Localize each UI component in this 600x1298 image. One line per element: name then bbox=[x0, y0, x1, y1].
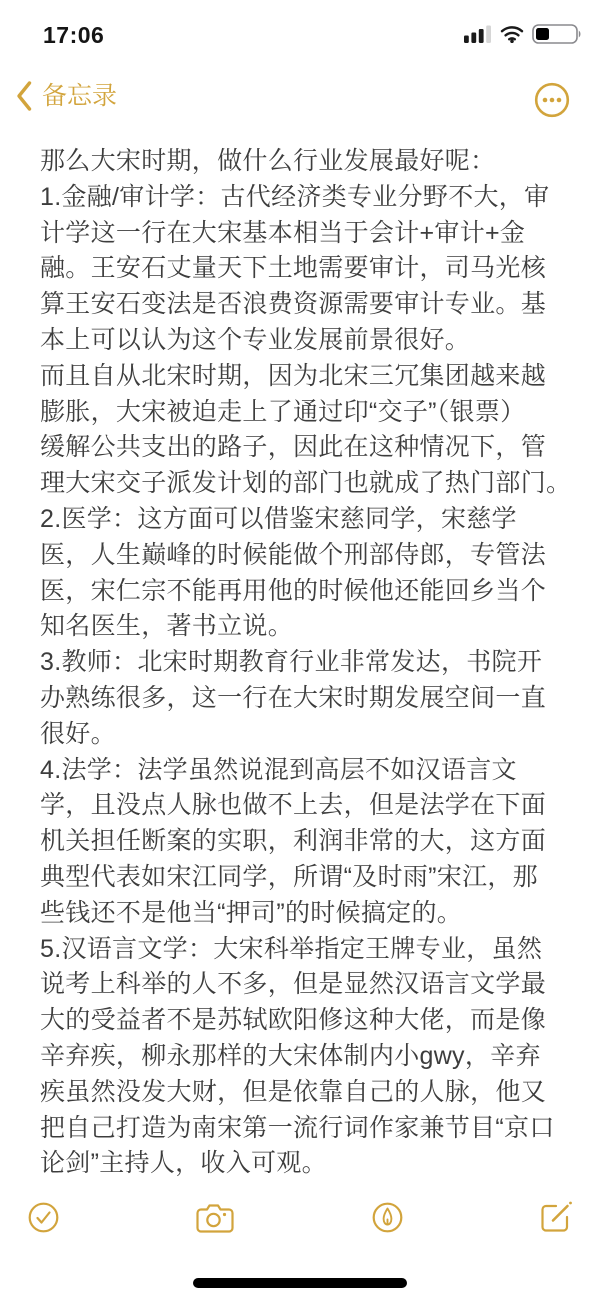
status-icons bbox=[464, 24, 582, 44]
note-line: 算王安石变法是否浪费资源需要审计专业。基 bbox=[40, 287, 588, 323]
back-button[interactable]: 备忘录 bbox=[15, 80, 117, 112]
wifi-icon bbox=[500, 26, 524, 43]
note-line: 融。王安石丈量天下土地需要审计，司马光核 bbox=[40, 251, 588, 287]
note-line: 办熟练很多，这一行在大宋时期发展空间一直 bbox=[40, 681, 588, 717]
battery-icon bbox=[532, 24, 582, 44]
note-line: 医，人生巅峰的时候能做个刑部侍郎，专管法 bbox=[40, 538, 588, 574]
camera-button[interactable] bbox=[196, 1202, 234, 1233]
bottom-toolbar bbox=[0, 1199, 600, 1235]
ellipsis-circle-icon bbox=[534, 82, 570, 118]
camera-icon bbox=[196, 1202, 234, 1233]
back-button-label: 备忘录 bbox=[42, 80, 117, 112]
note-line: 4.法学：法学虽然说混到高层不如汉语言文 bbox=[40, 753, 588, 789]
chevron-left-icon bbox=[15, 80, 33, 112]
note-line: 知名医生，著书立说。 bbox=[40, 609, 588, 645]
cellular-signal-icon bbox=[464, 25, 492, 43]
more-button[interactable] bbox=[534, 82, 570, 118]
note-line: 大的受益者不是苏轼欧阳修这种大佬，而是像 bbox=[40, 1003, 588, 1039]
note-line: 2.医学：这方面可以借鉴宋慈同学，宋慈学 bbox=[40, 502, 588, 538]
markup-button[interactable] bbox=[372, 1202, 403, 1233]
note-line: 学，且没点人脉也做不上去，但是法学在下面 bbox=[40, 788, 588, 824]
note-line: 而且自从北宋时期，因为北宋三冗集团越来越 bbox=[40, 359, 588, 395]
note-line: 本上可以认为这个专业发展前景很好。 bbox=[40, 323, 588, 359]
nav-bar: 备忘录 bbox=[0, 78, 600, 124]
note-line: 那么大宋时期，做什么行业发展最好呢： bbox=[40, 144, 588, 180]
checklist-button[interactable] bbox=[28, 1202, 59, 1233]
compose-icon bbox=[540, 1201, 572, 1233]
checkmark-circle-icon bbox=[28, 1202, 59, 1233]
note-line: 疾虽然没发大财，但是依靠自己的人脉，他又 bbox=[40, 1075, 588, 1111]
note-line: 些钱还不是他当“押司”的时候搞定的。 bbox=[40, 896, 588, 932]
note-line: 医，宋仁宗不能再用他的时候他还能回乡当个 bbox=[40, 574, 588, 610]
status-time: 17:06 bbox=[43, 22, 104, 49]
note-line: 3.教师：北宋时期教育行业非常发达，书院开 bbox=[40, 645, 588, 681]
note-line: 1.金融/审计学：古代经济类专业分野不大，审 bbox=[40, 180, 588, 216]
note-line: 机关担任断案的实职，利润非常的大，这方面 bbox=[40, 824, 588, 860]
markup-pen-icon bbox=[372, 1202, 403, 1233]
note-line: 很好。 bbox=[40, 717, 588, 753]
note-line: 缓解公共支出的路子，因此在这种情况下，管 bbox=[40, 430, 588, 466]
note-line: 理大宋交子派发计划的部门也就成了热门部门。 bbox=[40, 466, 588, 502]
status-bar: 17:06 bbox=[0, 0, 600, 58]
note-line: 论剑”主持人，收入可观。 bbox=[40, 1146, 588, 1182]
note-line: 典型代表如宋江同学，所谓“及时雨”宋江，那 bbox=[40, 860, 588, 896]
note-line: 计学这一行在大宋基本相当于会计+审计+金 bbox=[40, 216, 588, 252]
note-line: 膨胀，大宋被迫走上了通过印“交子”（银票） bbox=[40, 395, 588, 431]
compose-button[interactable] bbox=[540, 1201, 572, 1233]
note-line: 把自己打造为南宋第一流行词作家兼节目“京口 bbox=[40, 1111, 588, 1147]
note-body[interactable]: 那么大宋时期，做什么行业发展最好呢：1.金融/审计学：古代经济类专业分野不大，审… bbox=[40, 144, 588, 1182]
note-line: 说考上科举的人不多，但是显然汉语言文学最 bbox=[40, 967, 588, 1003]
note-line: 5.汉语言文学：大宋科举指定王牌专业，虽然 bbox=[40, 932, 588, 968]
note-line: 辛弃疾，柳永那样的大宋体制内小gwy，辛弃 bbox=[40, 1039, 588, 1075]
notes-app-screen: 17:06 bbox=[0, 0, 600, 1298]
home-indicator[interactable] bbox=[193, 1278, 407, 1288]
